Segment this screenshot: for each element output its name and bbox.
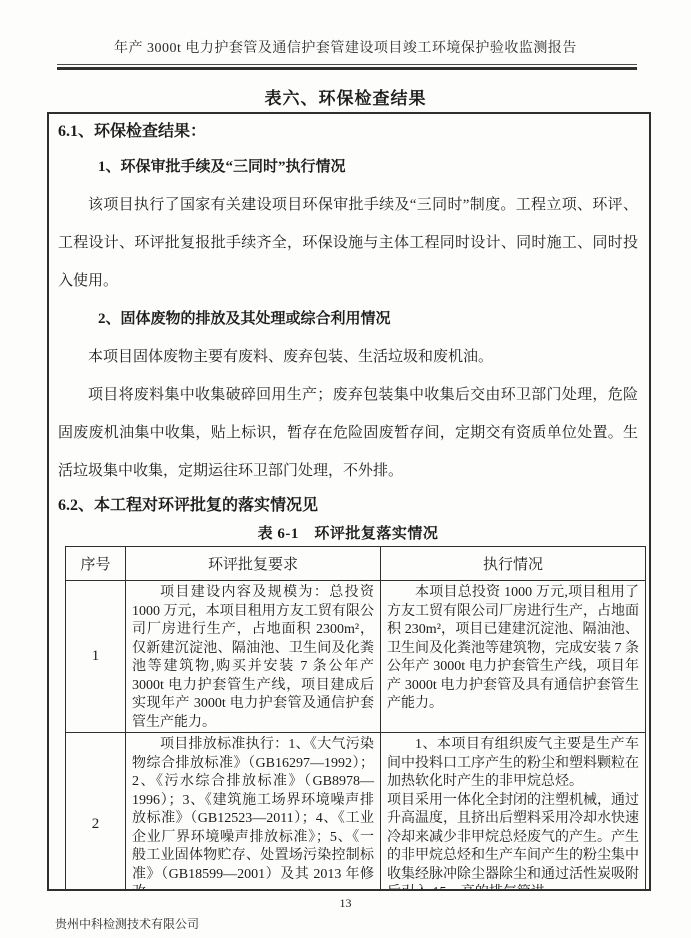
page-number: 13	[0, 896, 691, 911]
document-header-title: 年产 3000t 电力护套管及通信护套管建设项目竣工环境保护验收监测报告	[0, 37, 691, 57]
table-row: 1 项目建设内容及规模为：总投资 1000 万元，本项目租用方友工贸有限公司厂房…	[66, 581, 646, 733]
paragraph-solid-waste-types: 本项目固体废物主要有废料、废弃包装、生活垃圾和废机油。	[58, 338, 638, 376]
footer-company-name: 贵州中科检测技术有限公司	[55, 915, 199, 932]
row1-execution-cell: 本项目总投资 1000 万元,项目租用了方友工贸有限公司厂房进行生产，占地面积 …	[381, 581, 646, 733]
table-row: 2 项目排放标准执行：1、《大气污染物综合排放标准》（GB16297—1992）…	[66, 733, 646, 892]
row2-execution-cell: 1、本项目有组织废气主要是生产车间中投料口工序产生的粉尘和塑料颗粒在加热软化时产…	[381, 733, 646, 892]
section-6-2-heading: 6.2、本工程对环评批复的落实情况见	[58, 490, 638, 522]
subsection-1-heading: 1、环保审批手续及“三同时”执行情况	[58, 148, 638, 186]
paragraph-solid-waste-handling: 项目将废料集中收集破碎回用生产；废弃包装集中收集后交由环卫部门处理，危险固废废机…	[58, 376, 638, 490]
paragraph-approval-procedure: 该项目执行了国家有关建设项目环保审批手续及“三同时”制度。工程立项、环评、工程设…	[58, 186, 638, 300]
eia-approval-implementation-table: 序号 环评批复要求 执行情况 1 项目建设内容及规模为：总投资 1000 万元，…	[65, 546, 646, 891]
row2-requirement-cell: 项目排放标准执行：1、《大气污染物综合排放标准》（GB16297—1992）；2…	[126, 733, 381, 892]
row1-execution-text: 本项目总投资 1000 万元,项目租用了方友工贸有限公司厂房进行生产，占地面积 …	[387, 584, 639, 714]
row2-execution-paragraph-2: 项目采用一体化全封闭的注塑机械，通过升高温度，且挤出后塑料采用冷却水快速冷却来减…	[387, 792, 639, 892]
content-border-box: 6.1、环保检查结果： 1、环保审批手续及“三同时”执行情况 该项目执行了国家有…	[47, 112, 651, 891]
document-page: 年产 3000t 电力护套管及通信护套管建设项目竣工环境保护验收监测报告 表六、…	[0, 0, 691, 938]
header-cell-execution-status: 执行情况	[381, 547, 646, 581]
header-cell-serial-number: 序号	[66, 547, 126, 581]
header-double-rule	[57, 64, 637, 70]
page-title: 表六、环保检查结果	[0, 84, 691, 109]
row2-execution-paragraph-1: 1、本项目有组织废气主要是生产车间中投料口工序产生的粉尘和塑料颗粒在加热软化时产…	[387, 736, 639, 792]
table-6-1-title: 表 6-1 环评批复落实情况	[58, 522, 638, 546]
row1-serial-number: 1	[66, 581, 126, 733]
row1-requirement-text: 项目建设内容及规模为：总投资 1000 万元，本项目租用方友工贸有限公司厂房进行…	[132, 584, 374, 732]
row1-requirement-cell: 项目建设内容及规模为：总投资 1000 万元，本项目租用方友工贸有限公司厂房进行…	[126, 581, 381, 733]
row2-requirement-text: 项目排放标准执行：1、《大气污染物综合排放标准》（GB16297—1992）；2…	[132, 736, 374, 891]
subsection-2-heading: 2、固体废物的排放及其处理或综合利用情况	[58, 300, 638, 338]
header-cell-eia-requirement: 环评批复要求	[126, 547, 381, 581]
section-6-1-heading: 6.1、环保检查结果：	[58, 116, 638, 148]
table-header-row: 序号 环评批复要求 执行情况	[66, 547, 646, 581]
row2-serial-number: 2	[66, 733, 126, 892]
